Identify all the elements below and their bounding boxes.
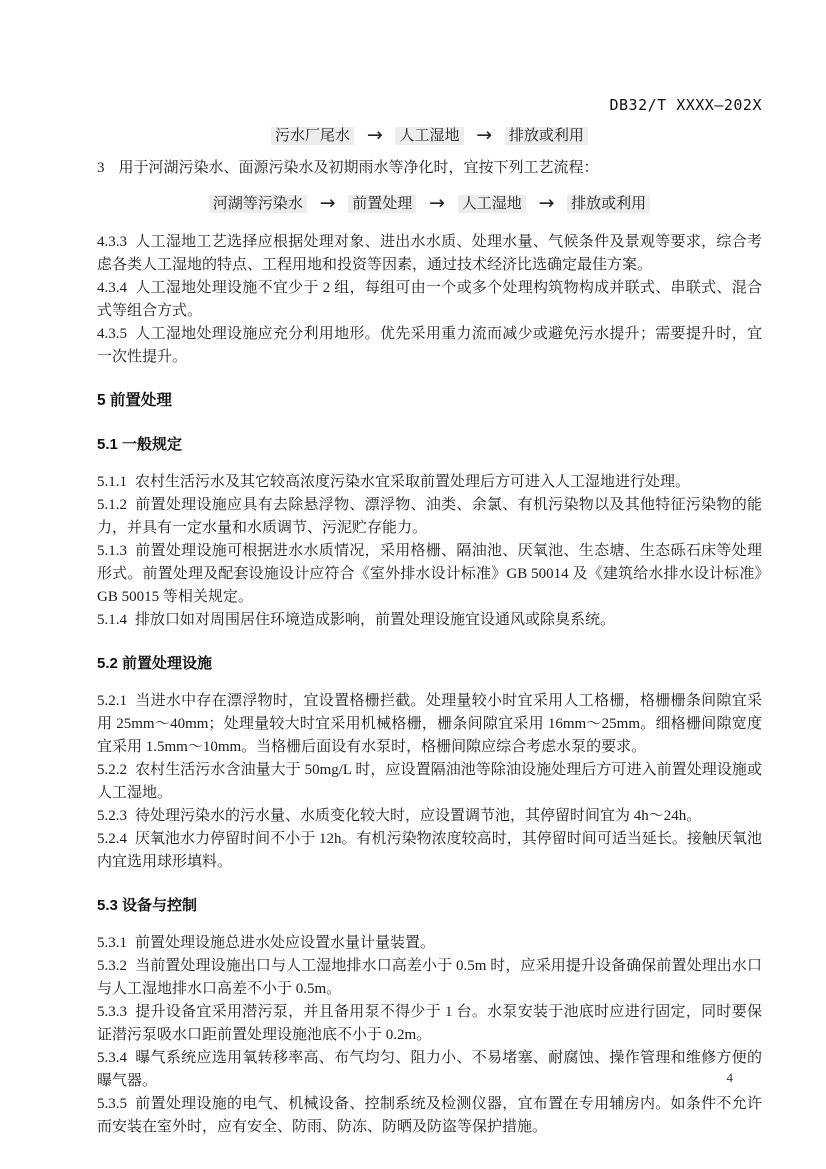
clause-number: 5.1.3 xyxy=(97,543,127,559)
flow-step: 人工湿地 xyxy=(458,195,526,213)
clause-text: 前置处理设施可根据进水水质情况，采用格栅、隔油池、厌氧池、生态塘、生态砾石床等处… xyxy=(97,543,762,605)
clause-text: 前置处理设施应具有去除悬浮物、漂浮物、油类、余氯、有机污染物以及其他特征污染物的… xyxy=(97,497,762,536)
subsection-heading-5-1: 5.1 一般规定 xyxy=(97,435,762,455)
page-content: DB32/T XXXX—202X 污水厂尾水 → 人工湿地 → 排放或利用 3用… xyxy=(97,96,762,1139)
clause-5-1-2: 5.1.2前置处理设施应具有去除悬浮物、漂浮物、油类、余氯、有机污染物以及其他特… xyxy=(97,494,762,540)
clause-text: 曝气系统应选用氧转移率高、布气均匀、阻力小、不易堵塞、耐腐蚀、操作管理和维修方便… xyxy=(97,1050,762,1089)
clause-5-3-1: 5.3.1前置处理设施总进水处应设置水量计量装置。 xyxy=(97,932,762,955)
subsection-heading-5-2: 5.2 前置处理设施 xyxy=(97,654,762,674)
clause-5-1-3: 5.1.3前置处理设施可根据进水水质情况，采用格栅、隔油池、厌氧池、生态塘、生态… xyxy=(97,540,762,609)
clause-4-3-5: 4.3.5人工湿地处理设施应充分利用地形。优先采用重力流而减少或避免污水提升；需… xyxy=(97,323,762,369)
clause-text: 农村生活污水含油量大于 50mg/L 时，应设置隔油池等除油设施处理后方可进入前… xyxy=(97,762,762,801)
clause-text: 待处理污染水的污水量、水质变化较大时，应设置调节池，其停留时间宜为 4h～24h… xyxy=(135,808,701,824)
standard-number-header: DB32/T XXXX—202X xyxy=(97,96,762,114)
list-item-text: 用于河湖污染水、面源污染水及初期雨水等净化时，宜按下列工艺流程： xyxy=(119,160,599,176)
arrow-right-icon: → xyxy=(476,124,492,146)
clause-text: 农村生活污水及其它较高浓度污染水宜采取前置处理后方可进入人工湿地进行处理。 xyxy=(135,474,690,490)
list-item-number: 3 xyxy=(97,160,105,176)
clause-text: 提升设备宜采用潜污泵，并且备用泵不得少于 1 台。水泵安装于池底时应进行固定，同… xyxy=(97,1004,762,1043)
flow-step: 河湖等污染水 xyxy=(209,195,307,213)
clause-number: 5.3.3 xyxy=(97,1004,127,1020)
clause-5-3-2: 5.3.2当前置处理设施出口与人工湿地排水口高差小于 0.5m 时，应采用提升设… xyxy=(97,955,762,1001)
clause-5-3-4: 5.3.4曝气系统应选用氧转移率高、布气均匀、阻力小、不易堵塞、耐腐蚀、操作管理… xyxy=(97,1047,762,1093)
arrow-right-icon: → xyxy=(429,192,445,214)
clause-text: 人工湿地处理设施应充分利用地形。优先采用重力流而减少或避免污水提升；需要提升时，… xyxy=(97,326,762,365)
clause-text: 厌氧池水力停留时间不小于 12h。有机污染物浓度较高时，其停留时间可适当延长。接… xyxy=(97,831,762,870)
clause-number: 5.3.5 xyxy=(97,1096,127,1112)
clause-4-3-4: 4.3.4人工湿地处理设施不宜少于 2 组，每组可由一个或多个处理构筑物构成并联… xyxy=(97,277,762,323)
arrow-right-icon: → xyxy=(538,192,554,214)
clause-number: 4.3.3 xyxy=(97,234,127,250)
clause-5-1-4: 5.1.4排放口如对周围居住环境造成影响，前置处理设施宜设通风或除臭系统。 xyxy=(97,609,762,632)
flow-step: 人工湿地 xyxy=(395,127,463,145)
clause-number: 5.3.1 xyxy=(97,935,127,951)
clause-5-3-5: 5.3.5前置处理设施的电气、机械设备、控制系统及检测仪器，宜布置在专用辅房内。… xyxy=(97,1093,762,1139)
clause-number: 4.3.5 xyxy=(97,326,127,342)
clause-number: 5.3.4 xyxy=(97,1050,127,1066)
clause-number: 4.3.4 xyxy=(97,280,127,296)
clause-5-2-3: 5.2.3待处理污染水的污水量、水质变化较大时，应设置调节池，其停留时间宜为 4… xyxy=(97,805,762,828)
flow-step: 污水厂尾水 xyxy=(271,127,354,145)
section-heading-5: 5 前置处理 xyxy=(97,391,762,411)
flow-step: 排放或利用 xyxy=(505,127,588,145)
flow-step: 排放或利用 xyxy=(567,195,650,213)
clause-5-2-2: 5.2.2农村生活污水含油量大于 50mg/L 时，应设置隔油池等除油设施处理后… xyxy=(97,759,762,805)
process-flow-tailwater: 污水厂尾水 → 人工湿地 → 排放或利用 xyxy=(97,124,762,147)
clause-number: 5.1.4 xyxy=(97,612,127,628)
clause-5-2-1: 5.2.1当进水中存在漂浮物时，宜设置格栅拦截。处理量较小时宜采用人工格栅，格栅… xyxy=(97,690,762,759)
clause-5-3-3: 5.3.3提升设备宜采用潜污泵，并且备用泵不得少于 1 台。水泵安装于池底时应进… xyxy=(97,1001,762,1047)
process-flow-river-lake: 河湖等污染水 → 前置处理 → 人工湿地 → 排放或利用 xyxy=(97,192,762,215)
clause-text: 当进水中存在漂浮物时，宜设置格栅拦截。处理量较小时宜采用人工格栅，格栅栅条间隙宜… xyxy=(97,693,762,755)
clause-text: 人工湿地工艺选择应根据处理对象、进出水水质、处理水量、气候条件及景观等要求，综合… xyxy=(97,234,762,273)
clause-text: 排放口如对周围居住环境造成影响，前置处理设施宜设通风或除臭系统。 xyxy=(135,612,615,628)
clause-text: 当前置处理设施出口与人工湿地排水口高差小于 0.5m 时，应采用提升设备确保前置… xyxy=(97,958,762,997)
clause-5-2-4: 5.2.4厌氧池水力停留时间不小于 12h。有机污染物浓度较高时，其停留时间可适… xyxy=(97,828,762,874)
clause-text: 前置处理设施的电气、机械设备、控制系统及检测仪器，宜布置在专用辅房内。如条件不允… xyxy=(97,1096,762,1135)
arrow-right-icon: → xyxy=(320,192,336,214)
page-number: 4 xyxy=(727,1070,734,1086)
clause-5-1-1: 5.1.1农村生活污水及其它较高浓度污染水宜采取前置处理后方可进入人工湿地进行处… xyxy=(97,471,762,494)
clause-number: 5.1.1 xyxy=(97,474,127,490)
clause-number: 5.2.1 xyxy=(97,693,127,709)
clause-number: 5.1.2 xyxy=(97,497,127,513)
clause-4-3-3: 4.3.3人工湿地工艺选择应根据处理对象、进出水水质、处理水量、气候条件及景观等… xyxy=(97,231,762,277)
flow-step: 前置处理 xyxy=(348,195,416,213)
clause-text: 人工湿地处理设施不宜少于 2 组，每组可由一个或多个处理构筑物构成并联式、串联式… xyxy=(97,280,762,319)
clause-number: 5.2.3 xyxy=(97,808,127,824)
clause-number: 5.3.2 xyxy=(97,958,127,974)
clause-number: 5.2.4 xyxy=(97,831,127,847)
clause-text: 前置处理设施总进水处应设置水量计量装置。 xyxy=(135,935,435,951)
subsection-heading-5-3: 5.3 设备与控制 xyxy=(97,896,762,916)
arrow-right-icon: → xyxy=(367,124,383,146)
list-item-3: 3用于河湖污染水、面源污染水及初期雨水等净化时，宜按下列工艺流程： xyxy=(97,157,762,180)
document-page: DB32/T XXXX—202X 污水厂尾水 → 人工湿地 → 排放或利用 3用… xyxy=(0,0,826,1169)
clause-number: 5.2.2 xyxy=(97,762,127,778)
